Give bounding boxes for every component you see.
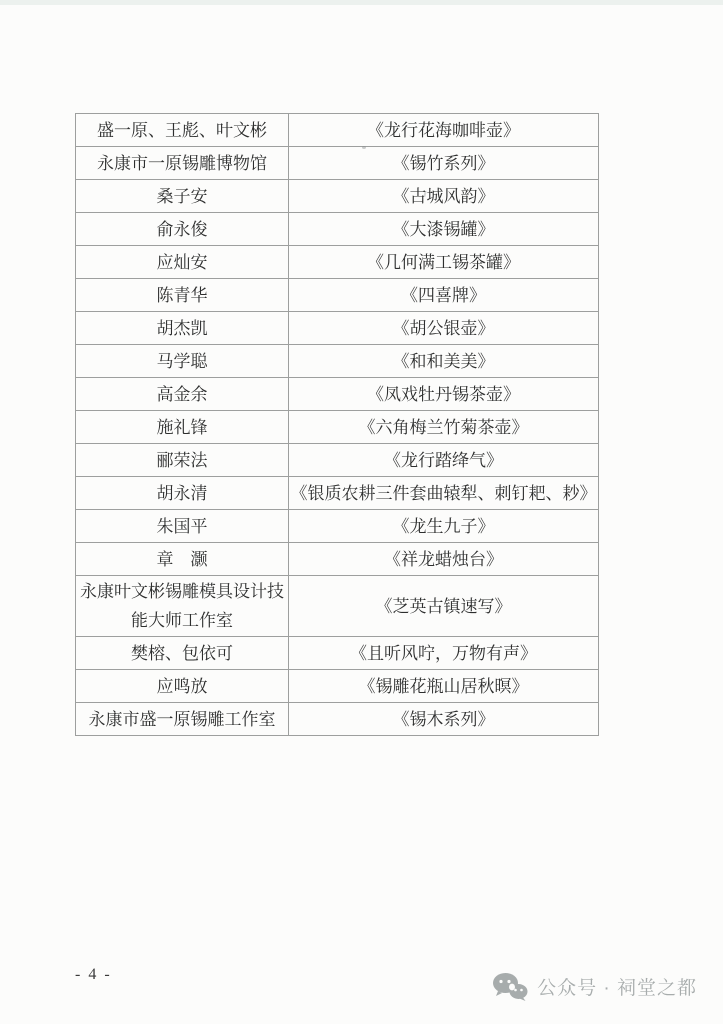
author-cell: 樊榕、包依可 <box>76 637 289 670</box>
table-row: 应灿安 《几何满工锡茶罐》 <box>76 246 599 279</box>
watermark: 公众号 · 祠堂之都 <box>492 972 697 1001</box>
author-cell: 朱国平 <box>76 510 289 543</box>
table-row: 胡杰凯 《胡公银壶》 <box>76 312 599 345</box>
work-title-cell: 《且听风咛，万物有声》 <box>289 637 599 670</box>
table-row: 郦荣法 《龙行踏绛气》 <box>76 444 599 477</box>
author-cell: 马学聪 <box>76 345 289 378</box>
work-title-cell: 《六角梅兰竹菊茶壶》 <box>289 411 599 444</box>
table-row: 樊榕、包依可 《且听风咛，万物有声》 <box>76 637 599 670</box>
table-row: 永康叶文彬锡雕模具设计技能大师工作室 《芝英古镇速写》 <box>76 576 599 637</box>
author-cell: 永康市一原锡雕博物馆 <box>76 147 289 180</box>
work-title-cell: 《龙行花海咖啡壶》 <box>289 114 599 147</box>
scanned-document-page: 盛一原、王彪、叶文彬 《龙行花海咖啡壶》 永康市一原锡雕博物馆 《锡竹系列》 桑… <box>0 0 723 1024</box>
author-cell: 陈青华 <box>76 279 289 312</box>
author-cell: 胡杰凯 <box>76 312 289 345</box>
author-cell: 应鸣放 <box>76 670 289 703</box>
work-title-cell: 《锡木系列》 <box>289 703 599 736</box>
table-row: 永康市一原锡雕博物馆 《锡竹系列》 <box>76 147 599 180</box>
author-cell: 盛一原、王彪、叶文彬 <box>76 114 289 147</box>
author-cell: 胡永清 <box>76 477 289 510</box>
award-table-body: 盛一原、王彪、叶文彬 《龙行花海咖啡壶》 永康市一原锡雕博物馆 《锡竹系列》 桑… <box>76 114 599 736</box>
author-cell: 永康叶文彬锡雕模具设计技能大师工作室 <box>76 576 289 637</box>
author-cell: 高金余 <box>76 378 289 411</box>
work-title-cell: 《四喜牌》 <box>289 279 599 312</box>
scan-edge-strip <box>0 0 723 5</box>
table-row: 永康市盛一原锡雕工作室 《锡木系列》 <box>76 703 599 736</box>
table-row: 施礼锋 《六角梅兰竹菊茶壶》 <box>76 411 599 444</box>
table-row: 高金余 《凤戏牡丹锡茶壶》 <box>76 378 599 411</box>
table-row: 章 灏 《祥龙蜡烛台》 <box>76 543 599 576</box>
table-row: 盛一原、王彪、叶文彬 《龙行花海咖啡壶》 <box>76 114 599 147</box>
table-row: 应鸣放 《锡雕花瓶山居秋暝》 <box>76 670 599 703</box>
table-row: 马学聪 《和和美美》 <box>76 345 599 378</box>
work-title-cell: 《大漆锡罐》 <box>289 213 599 246</box>
work-title-cell: 《几何满工锡茶罐》 <box>289 246 599 279</box>
author-cell: 郦荣法 <box>76 444 289 477</box>
wechat-icon <box>492 972 528 1001</box>
table-row: 陈青华 《四喜牌》 <box>76 279 599 312</box>
author-cell: 俞永俊 <box>76 213 289 246</box>
work-title-cell: 《祥龙蜡烛台》 <box>289 543 599 576</box>
page-number: - 4 - <box>75 966 112 984</box>
table-row: 朱国平 《龙生九子》 <box>76 510 599 543</box>
watermark-text: 公众号 · 祠堂之都 <box>537 973 697 1000</box>
work-title-cell: 《银质农耕三件套曲辕犁、刺钉耙、耖》 <box>289 477 599 510</box>
table-row: 桑子安 《古城风韵》 <box>76 180 599 213</box>
work-title-cell: 《锡竹系列》 <box>289 147 599 180</box>
scan-artifact-dot <box>362 146 366 149</box>
author-cell: 章 灏 <box>76 543 289 576</box>
work-title-cell: 《和和美美》 <box>289 345 599 378</box>
author-cell: 永康市盛一原锡雕工作室 <box>76 703 289 736</box>
author-cell: 桑子安 <box>76 180 289 213</box>
work-title-cell: 《胡公银壶》 <box>289 312 599 345</box>
award-table: 盛一原、王彪、叶文彬 《龙行花海咖啡壶》 永康市一原锡雕博物馆 《锡竹系列》 桑… <box>75 113 599 736</box>
work-title-cell: 《龙生九子》 <box>289 510 599 543</box>
table-row: 胡永清 《银质农耕三件套曲辕犁、刺钉耙、耖》 <box>76 477 599 510</box>
work-title-cell: 《龙行踏绛气》 <box>289 444 599 477</box>
table-row: 俞永俊 《大漆锡罐》 <box>76 213 599 246</box>
work-title-cell: 《芝英古镇速写》 <box>289 576 599 637</box>
author-cell: 施礼锋 <box>76 411 289 444</box>
work-title-cell: 《古城风韵》 <box>289 180 599 213</box>
author-cell: 应灿安 <box>76 246 289 279</box>
work-title-cell: 《锡雕花瓶山居秋暝》 <box>289 670 599 703</box>
work-title-cell: 《凤戏牡丹锡茶壶》 <box>289 378 599 411</box>
